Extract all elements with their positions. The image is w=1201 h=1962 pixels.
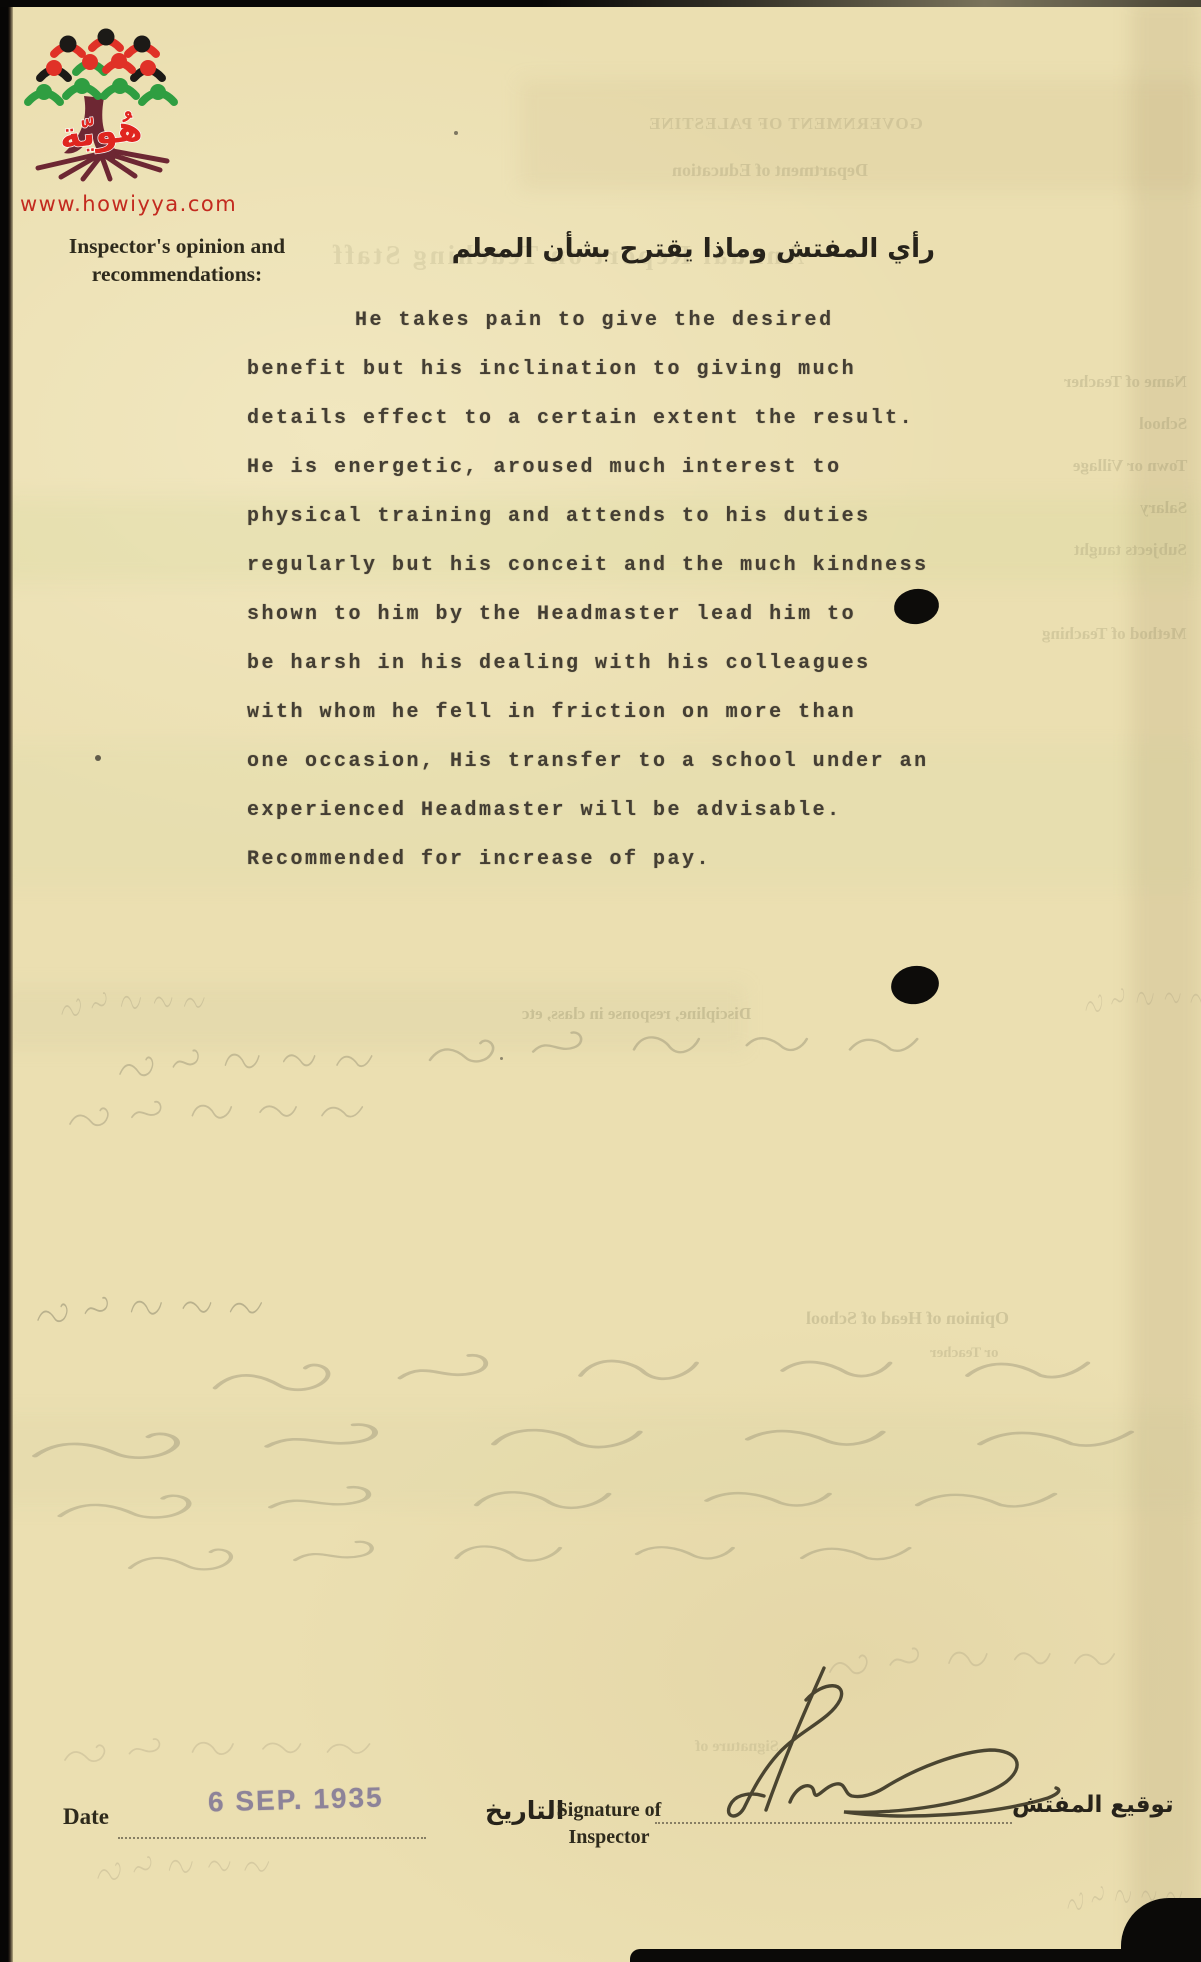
signature-label-arabic: توقيع المفتش <box>1012 1792 1174 1818</box>
signature-label: Signature of Inspector <box>554 1797 664 1851</box>
signature-label-line2: Inspector <box>554 1824 664 1851</box>
scan-edge-bottom <box>630 1949 1201 1962</box>
signature-dotted-line <box>655 1822 1012 1824</box>
handwriting-layer <box>0 0 1201 1962</box>
pencil-arabic-notes <box>35 989 1201 1909</box>
date-label-arabic: التاريخ <box>485 1796 564 1825</box>
date-stamp: 6 SEP. 1935 <box>208 1782 384 1819</box>
scan-edge-left <box>0 0 13 1962</box>
date-dotted-line <box>118 1837 426 1839</box>
inspector-signature <box>729 1668 1059 1816</box>
scanned-document-page: GOVERNMENT OF PALESTINE Department of Ed… <box>0 0 1201 1962</box>
date-label: Date <box>63 1804 109 1830</box>
scan-edge-top <box>0 0 1201 7</box>
signature-label-line1: Signature of <box>554 1797 664 1824</box>
